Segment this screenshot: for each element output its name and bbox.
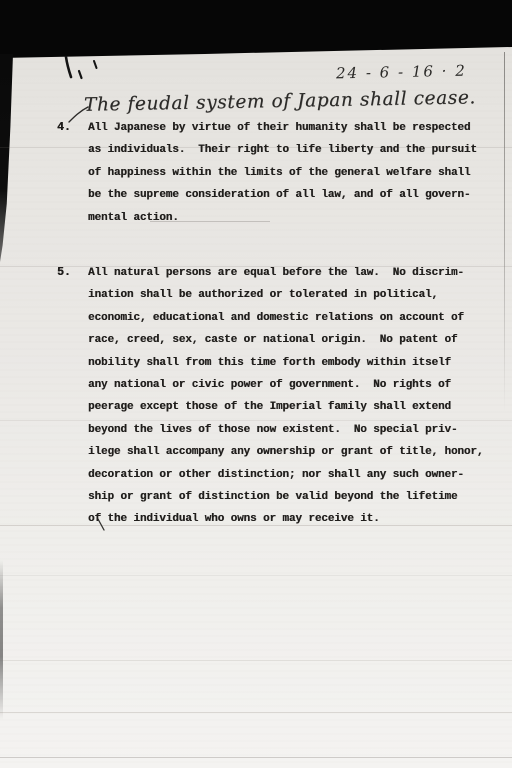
typed-line: All natural persons are equal before the… [88, 262, 483, 284]
typed-line: ship or grant of distinction be valid be… [88, 486, 483, 508]
paragraph-lines: All natural persons are equal before the… [88, 262, 483, 531]
typed-line: of the individual who owns or may receiv… [88, 508, 483, 530]
typed-line: beyond the lives of those now existent. … [88, 419, 483, 441]
paragraph-number: 5. [57, 262, 71, 284]
typed-line: be the supreme consideration of all law,… [88, 184, 477, 206]
paragraph-lines: All Japanese by virtue of their humanity… [88, 117, 477, 229]
typed-line: any national or civic power of governmen… [88, 374, 483, 396]
typed-line: ilege shall accompany any ownership or g… [88, 441, 483, 463]
typed-line: of happiness within the limits of the ge… [88, 162, 477, 184]
typed-line: economic, educational and domestic relat… [88, 307, 483, 329]
handwritten-date-code: 24 - 6 - 16 · 2 [336, 62, 467, 83]
paragraph-number: 4. [57, 117, 71, 139]
typed-line: decoration or other distinction; nor sha… [88, 464, 483, 486]
typed-line: ination shall be authorized or tolerated… [88, 284, 483, 306]
typed-line: race, creed, sex, caste or national orig… [88, 329, 483, 351]
typed-line: peerage except those of the Imperial fam… [88, 396, 483, 418]
typed-line: nobility shall from this time forth embo… [88, 352, 483, 374]
typed-line: as individuals. Their right to life libe… [88, 139, 477, 161]
typed-line: mental action. [88, 207, 477, 229]
scanned-document-page: 24 - 6 - 16 · 2 The feudal system of Jap… [0, 0, 512, 768]
typed-line: All Japanese by virtue of their humanity… [88, 117, 477, 139]
